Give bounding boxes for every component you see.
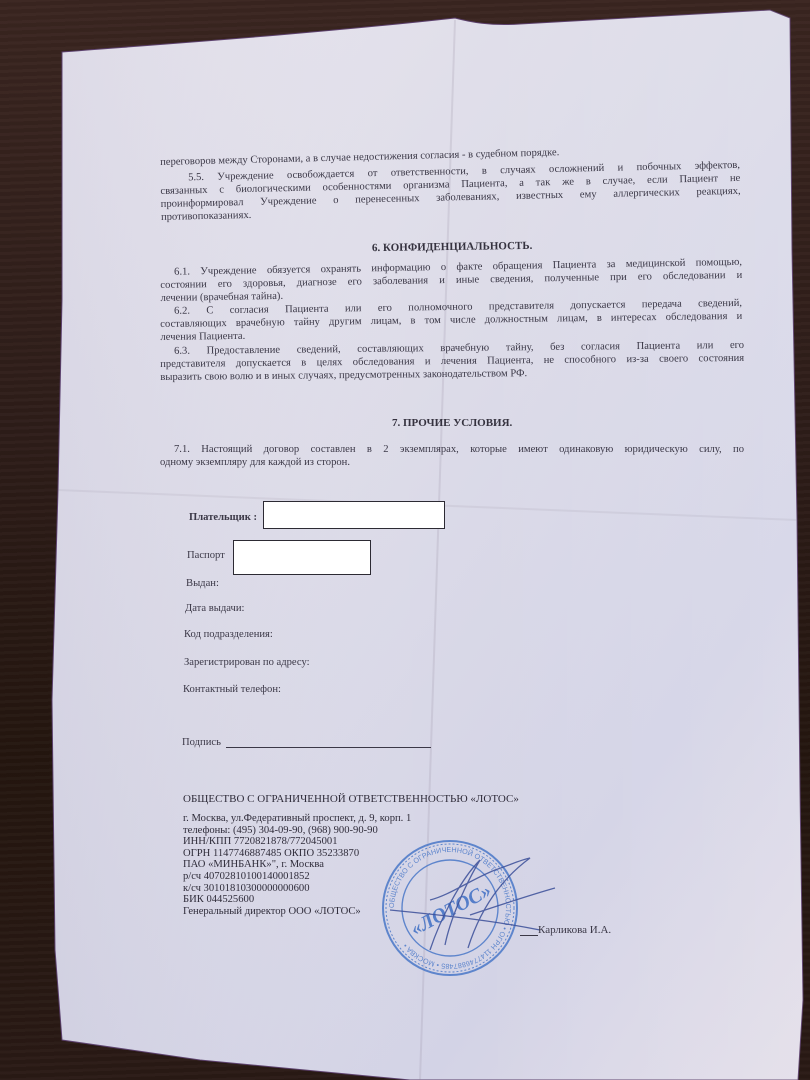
director-signature-line <box>520 935 538 936</box>
clause-6-3: 6.3. Предоставление сведений, составляющ… <box>160 339 744 384</box>
clause-7-1: 7.1. Настоящий договор составлен в 2 экз… <box>160 443 744 469</box>
section-7-heading: 7. ПРОЧИЕ УСЛОВИЯ. <box>392 417 512 429</box>
passport-redaction <box>233 540 371 575</box>
contract-page: переговоров между Сторонами, а в случае … <box>0 0 810 1080</box>
company-name: ОБЩЕСТВО С ОГРАНИЧЕННОЙ ОТВЕТСТВЕННОСТЬЮ… <box>183 793 519 805</box>
division-code-label: Код подразделения: <box>184 629 273 641</box>
payer-label: Плательщик : <box>189 512 257 524</box>
passport-label: Паспорт <box>187 550 225 562</box>
signature-line <box>226 747 431 748</box>
issued-by-label: Выдан: <box>186 578 219 590</box>
director-signature <box>370 840 570 970</box>
payer-name-redaction <box>263 501 445 529</box>
issue-date-label: Дата выдачи: <box>185 603 245 615</box>
signature-label: Подпись <box>182 737 221 749</box>
director-name: Карликова И.А. <box>538 924 611 936</box>
contact-phone-label: Контактный телефон: <box>183 684 281 696</box>
registered-address-label: Зарегистрирован по адресу: <box>184 657 310 669</box>
clause-5-5: 5.5. Учреждение освобождается от ответст… <box>160 159 741 224</box>
clause-6-2: 6.2. С согласия Пациента или его полномо… <box>160 297 742 344</box>
section-6-heading: 6. КОНФИДЕНЦИАЛЬНОСТЬ. <box>372 240 533 254</box>
